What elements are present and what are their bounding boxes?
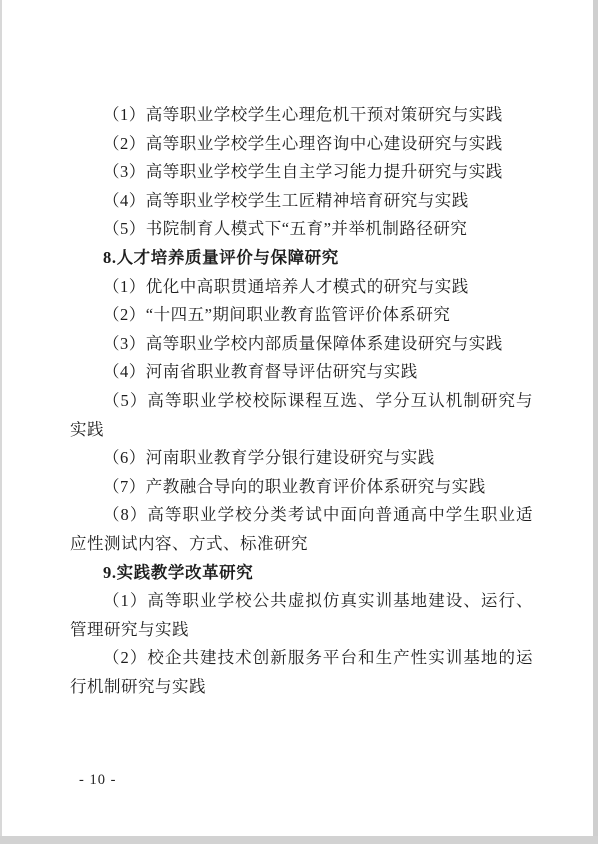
page-edge-shadow-left <box>0 0 2 844</box>
list-item: （2）“十四五”期间职业教育监管评价体系研究 <box>70 301 533 330</box>
list-item: （5）高等职业学校校际课程互选、学分互认机制研究与实践 <box>70 387 533 444</box>
list-item: （7）产教融合导向的职业教育评价体系研究与实践 <box>70 473 533 502</box>
list-item: （1）高等职业学校学生心理危机干预对策研究与实践 <box>70 101 533 130</box>
list-item: （1）优化中高职贯通培养人才模式的研究与实践 <box>70 273 533 302</box>
page-edge-shadow-right <box>593 0 598 844</box>
list-item: （4）河南省职业教育督导评估研究与实践 <box>70 358 533 387</box>
list-item: （5）书院制育人模式下“五育”并举机制路径研究 <box>70 215 533 244</box>
list-item: （3）高等职业学校内部质量保障体系建设研究与实践 <box>70 330 533 359</box>
list-item: （2）校企共建技术创新服务平台和生产性实训基地的运行机制研究与实践 <box>70 644 533 701</box>
list-item: （8）高等职业学校分类考试中面向普通高中学生职业适应性测试内容、方式、标准研究 <box>70 501 533 558</box>
list-item: （4）高等职业学校学生工匠精神培育研究与实践 <box>70 187 533 216</box>
list-item: （3）高等职业学校学生自主学习能力提升研究与实践 <box>70 158 533 187</box>
document-page: （1）高等职业学校学生心理危机干预对策研究与实践（2）高等职业学校学生心理咨询中… <box>0 0 598 844</box>
list-item: （6）河南职业教育学分银行建设研究与实践 <box>70 444 533 473</box>
document-body: （1）高等职业学校学生心理危机干预对策研究与实践（2）高等职业学校学生心理咨询中… <box>70 101 533 701</box>
section-heading: 8.人才培养质量评价与保障研究 <box>70 244 533 273</box>
section-heading: 9.实践教学改革研究 <box>70 559 533 588</box>
page-number: - 10 - <box>79 772 116 789</box>
list-item: （2）高等职业学校学生心理咨询中心建设研究与实践 <box>70 130 533 159</box>
list-item: （1）高等职业学校公共虚拟仿真实训基地建设、运行、管理研究与实践 <box>70 587 533 644</box>
page-edge-shadow-bottom <box>0 836 598 844</box>
